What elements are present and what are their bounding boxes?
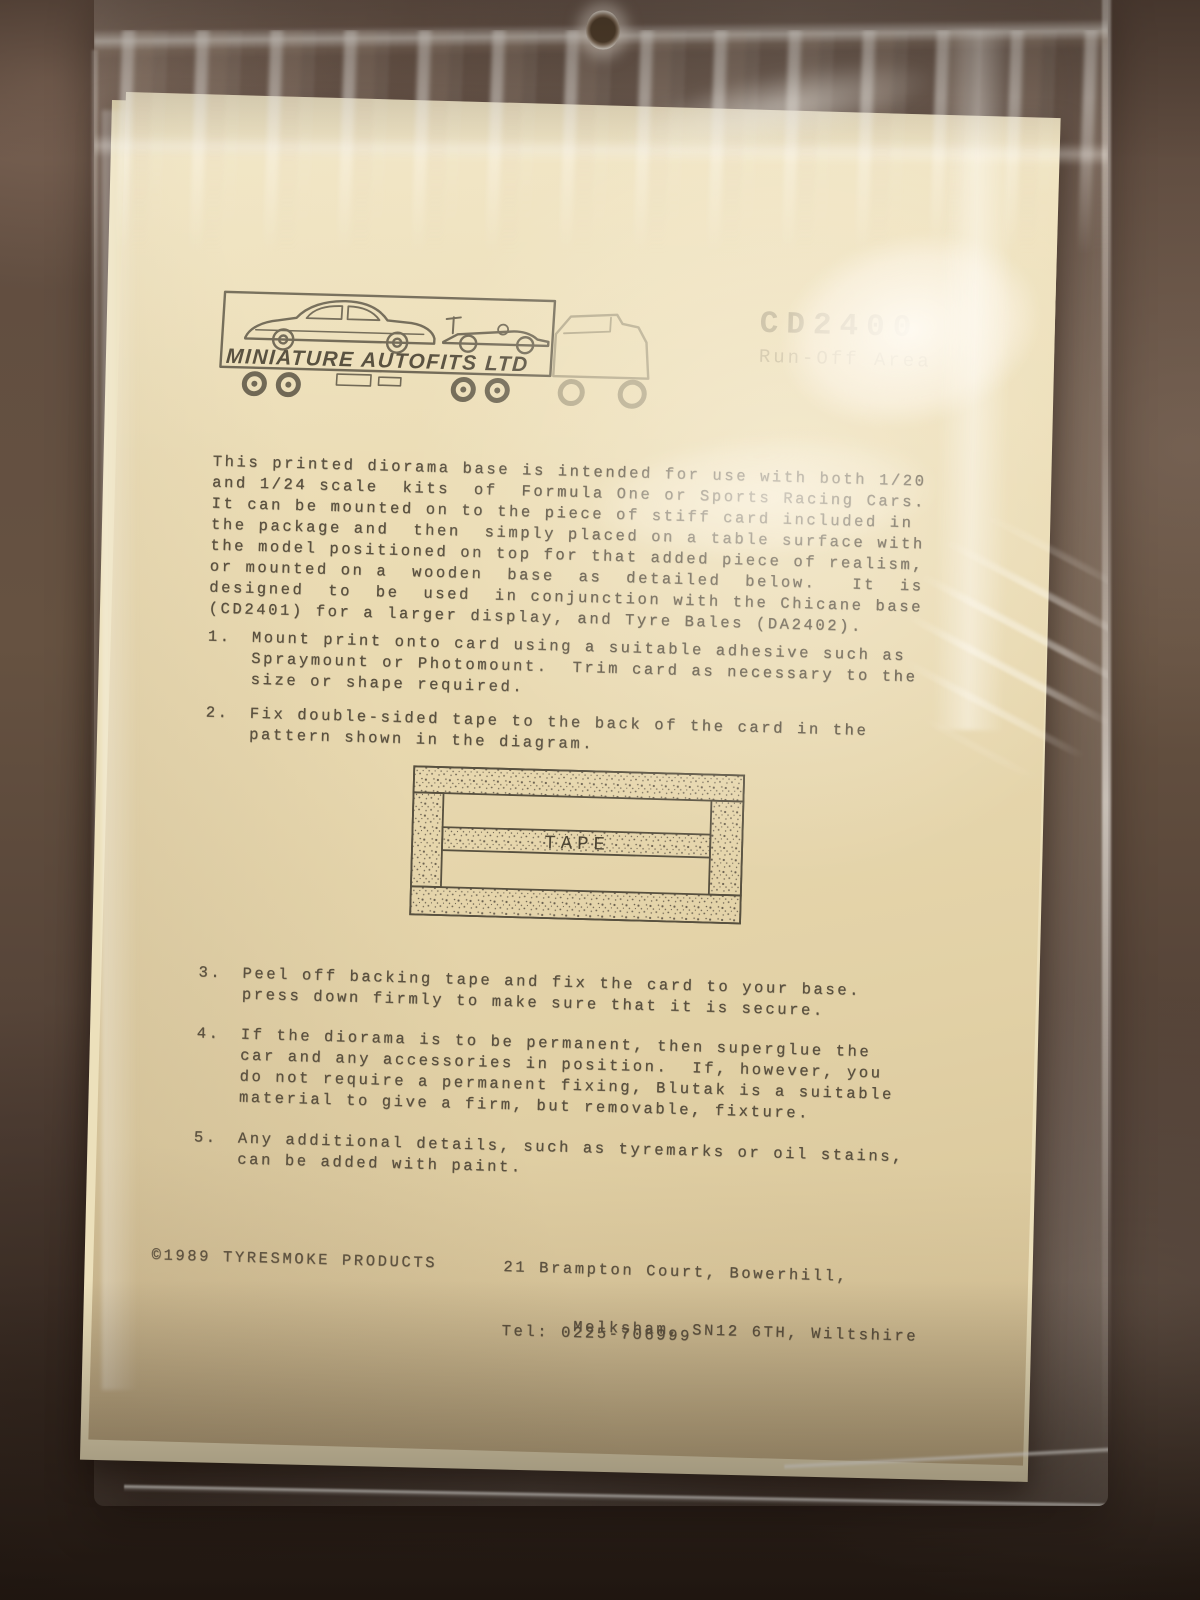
step-item-4: 4. If the diorama is to be permanent, th… [195, 1023, 967, 1128]
steps-list: 1. Mount print onto card using a suitabl… [193, 627, 978, 1191]
step-text: Fix double-sided tape to the back of the… [249, 704, 869, 763]
step-item-1: 1. Mount print onto card using a suitabl… [206, 627, 977, 711]
product-code-block: CD2400 Run-Off Area [758, 308, 933, 377]
copyright-notice: ©1989 TYRESMOKE PRODUCTS [151, 1245, 437, 1274]
step-text: Any additional details, such as tyremark… [237, 1129, 904, 1190]
tape-label: TAPE [544, 832, 610, 856]
step-text: Peel off backing tape and fix the card t… [242, 964, 862, 1023]
step-number: 1. [206, 627, 252, 691]
truck-logo-icon: MINIATURE AUTOFITS LTD [215, 275, 693, 416]
tractor-cab-icon [551, 313, 652, 407]
step-item-2: 2. Fix double-sided tape to the back of … [205, 702, 976, 765]
tape-pattern-diagram: TAPE [408, 764, 746, 925]
phone-number: Tel: 0225-706999 [501, 1321, 692, 1347]
brand-name: MINIATURE AUTOFITS LTD [225, 345, 529, 376]
address-line-1: 21 Brampton Court, Bowerhill, [503, 1258, 849, 1286]
step-number: 5. [193, 1127, 238, 1170]
step-number: 4. [195, 1023, 241, 1108]
step-item-5: 5. Any additional details, such as tyrem… [193, 1127, 964, 1190]
intro-paragraph: This printed diorama base is intended fo… [208, 452, 972, 641]
product-code: CD2400 [759, 308, 933, 347]
step-number: 3. [198, 962, 243, 1005]
step-number: 2. [205, 702, 250, 745]
photo-background: MINIATURE AUTOFITS LTD CD2400 Run-Off Ar… [0, 0, 1200, 1600]
step-text: If the diorama is to be permanent, then … [239, 1025, 896, 1127]
instruction-sheet: MINIATURE AUTOFITS LTD CD2400 Run-Off Ar… [88, 92, 1060, 1466]
product-name: Run-Off Area [758, 342, 932, 377]
step-item-3: 3. Peel off backing tape and fix the car… [198, 962, 969, 1025]
step-text: Mount print onto card using a suitable a… [250, 628, 918, 710]
trailer-wheels [244, 373, 508, 400]
